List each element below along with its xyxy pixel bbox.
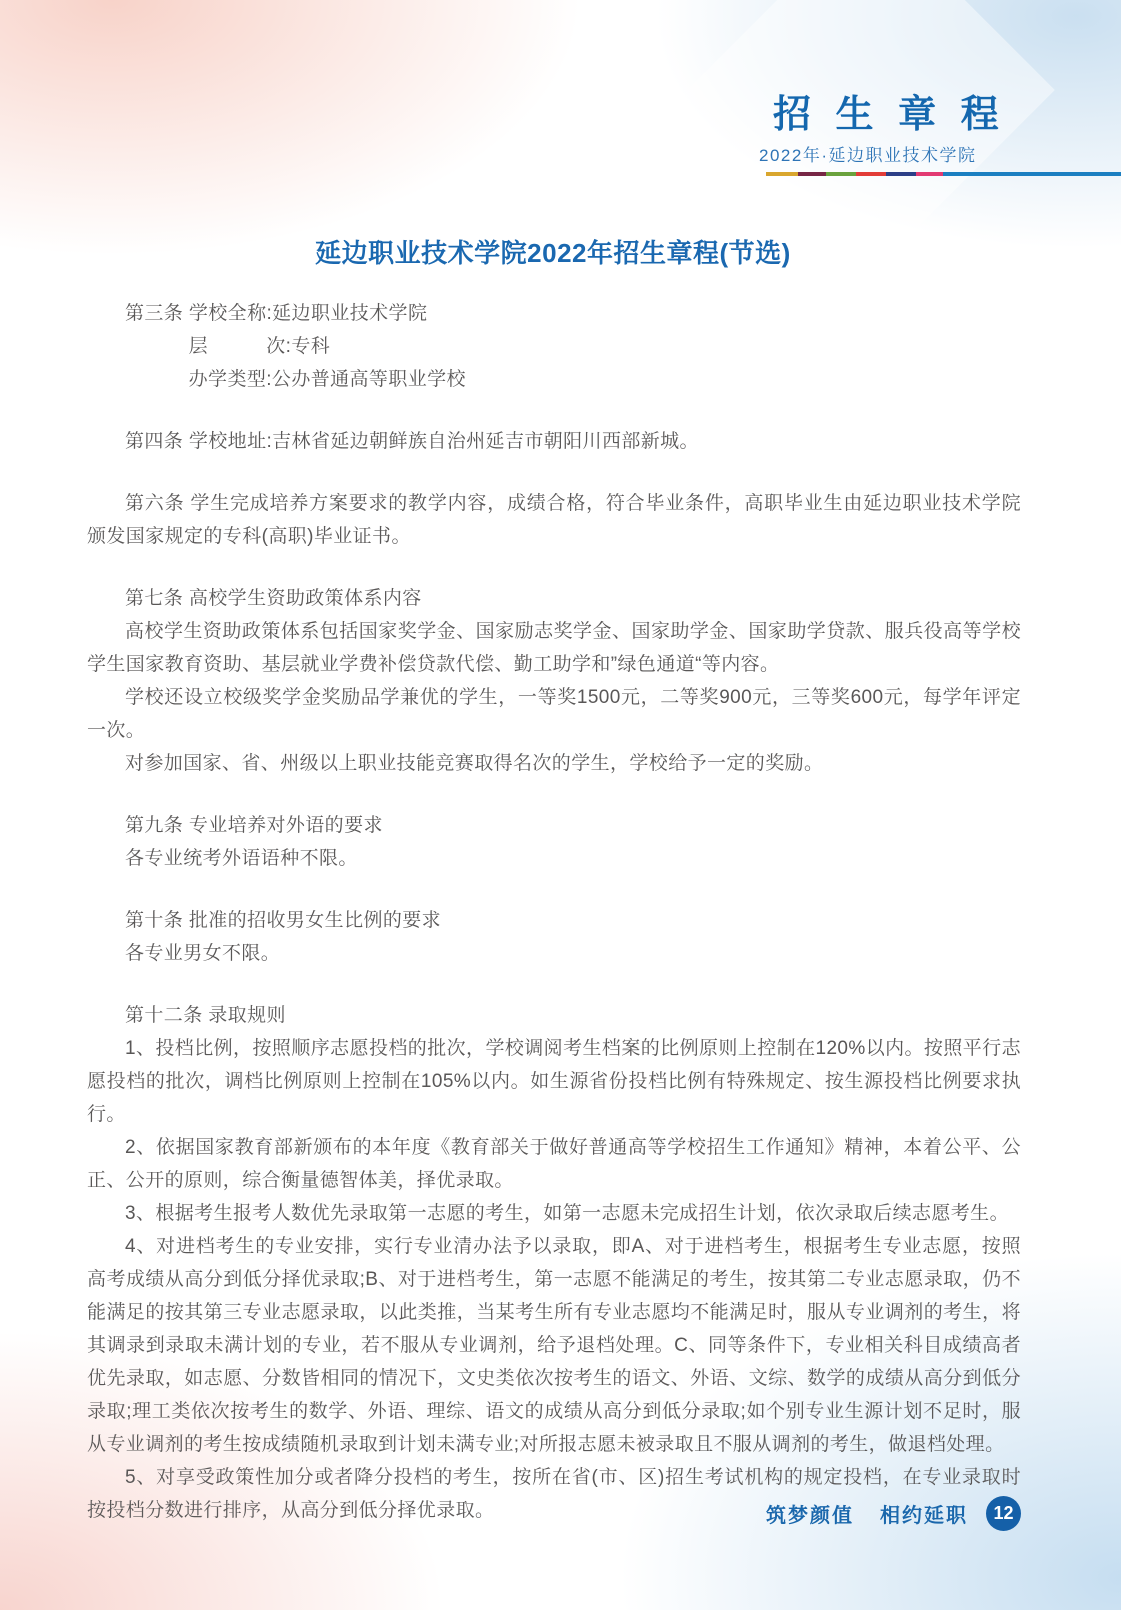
paragraph: 第三条 学校全称:延边职业技术学院 (87, 297, 1021, 330)
document-page: { "header": { "title": "招 生 章 程", "subti… (0, 0, 1121, 1610)
paragraph: 第四条 学校地址:吉林省延边朝鲜族自治州延吉市朝阳川西部新城。 (87, 425, 1021, 458)
bar-segment (943, 172, 1121, 176)
paragraph: 2、依据国家教育部新颁布的本年度《教育部关于做好普通高等学校招生工作通知》精神，… (87, 1131, 1021, 1197)
paragraph: 对参加国家、省、州级以上职业技能竞赛取得名次的学生，学校给予一定的奖励。 (87, 747, 1021, 780)
footer-slogan-right: 相约延职 (880, 1499, 968, 1528)
bar-segment (826, 172, 856, 176)
paragraph: 第六条 学生完成培养方案要求的教学内容，成绩合格，符合毕业条件，高职毕业生由延边… (87, 487, 1021, 553)
bar-segment (886, 172, 916, 176)
page-footer: 筑梦颜值 相约延职 12 (766, 1496, 1021, 1531)
bar-segment (916, 172, 943, 176)
paragraph: 高校学生资助政策体系包括国家奖学金、国家励志奖学金、国家助学金、国家助学贷款、服… (87, 615, 1021, 681)
decor-bar (766, 172, 1121, 176)
paragraph: 层 次:专科 (87, 330, 1021, 363)
bar-segment (766, 172, 798, 176)
bar-segment (798, 172, 826, 176)
paragraph: 1、投档比例，按照顺序志愿投档的批次，学校调阅考生档案的比例原则上控制在120%… (87, 1032, 1021, 1131)
paragraph: 3、根据考生报考人数优先录取第一志愿的考生，如第一志愿未完成招生计划，依次录取后… (87, 1197, 1021, 1230)
page-number-badge: 12 (986, 1496, 1021, 1531)
page-header: 招 生 章 程 2022年·延边职业技术学院 (757, 93, 1121, 176)
paragraph: 各专业统考外语语种不限。 (87, 842, 1021, 875)
document-body: 第三条 学校全称:延边职业技术学院层 次:专科办学类型:公办普通高等职业学校第四… (87, 297, 1021, 1527)
paragraph: 第十条 批准的招收男女生比例的要求 (87, 904, 1021, 937)
paragraph: 第七条 高校学生资助政策体系内容 (87, 582, 1021, 615)
paragraph: 学校还设立校级奖学金奖励品学兼优的学生，一等奖1500元，二等奖900元，三等奖… (87, 681, 1021, 747)
paragraph: 4、对进档考生的专业安排，实行专业清办法予以录取，即A、对于进档考生，根据考生专… (87, 1230, 1021, 1461)
paragraph: 第九条 专业培养对外语的要求 (87, 809, 1021, 842)
header-title: 招 生 章 程 (757, 93, 1121, 137)
paragraph: 第十二条 录取规则 (87, 999, 1021, 1032)
paragraph: 各专业男女不限。 (87, 937, 1021, 970)
bar-segment (856, 172, 886, 176)
header-subtitle: 2022年·延边职业技术学院 (757, 141, 1121, 166)
paragraph: 办学类型:公办普通高等职业学校 (87, 363, 1021, 396)
doc-title: 延边职业技术学院2022年招生章程(节选) (87, 233, 1019, 270)
footer-slogan-left: 筑梦颜值 (766, 1499, 854, 1528)
